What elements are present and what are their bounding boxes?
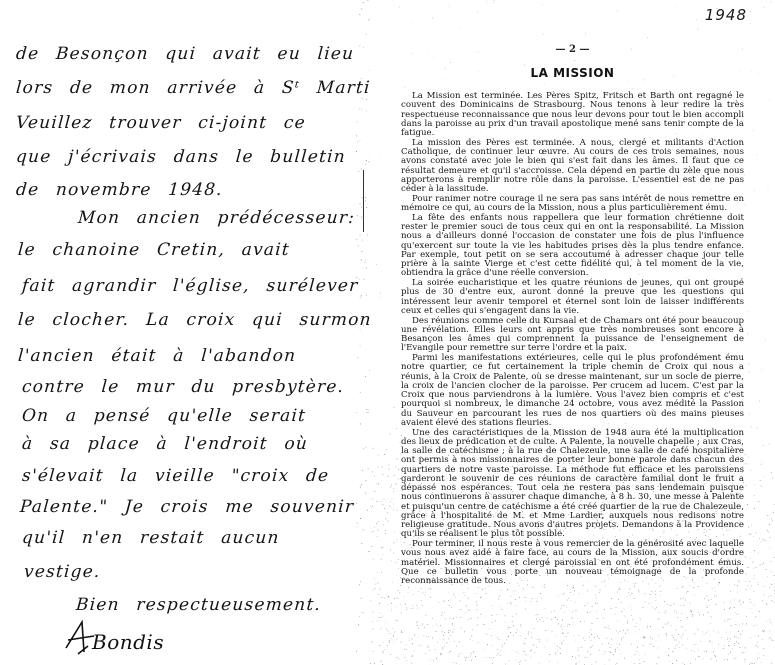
letter-line: qu'il n'en restait aucun xyxy=(21,528,280,548)
letter-line: fait agrandir l'église, surélever xyxy=(21,276,359,296)
letter-line: On a pensé qu'elle serait xyxy=(21,406,307,426)
handwritten-year-note: 1948 xyxy=(705,6,747,24)
paragraph: Pour terminer, il nous reste à vous reme… xyxy=(401,540,744,586)
paragraph: La Mission est terminée. Les Pères Spitz… xyxy=(401,92,744,138)
letter-line: à sa place à l'endroit où xyxy=(21,434,308,454)
bulletin-page: 1948 — 2 — LA MISSION La Mission est ter… xyxy=(370,0,775,665)
paragraph: La soirée eucharistique et les quatre ré… xyxy=(401,279,744,316)
letter-line: contre le mur du presbytère. xyxy=(21,377,345,397)
letter-line: vestige. xyxy=(23,562,101,582)
paragraph: La mission des Pères est terminée. A nou… xyxy=(401,139,744,195)
paragraph: Parmi les manifestations extérieures, ce… xyxy=(401,354,744,428)
letter-line: lors de mon arrivée à Sᵗ Martin. xyxy=(15,78,390,98)
letter-line: Palente." Je crois me souvenir xyxy=(19,497,355,517)
letter-line: s'élevait la vieille "croix de xyxy=(21,466,330,486)
letter-line: Bien respectueusement. xyxy=(75,595,321,615)
letter-line: l'ancien était à l'abandon xyxy=(17,346,297,366)
letter-line: de Besonçon qui avait eu lieu xyxy=(15,44,355,64)
letter-line: le chanoine Cretin, avait xyxy=(17,240,290,260)
scan-edge-line xyxy=(363,170,364,232)
letter-line: le clocher. La croix qui surmontait xyxy=(17,310,406,330)
signature: Bondis xyxy=(92,630,164,654)
letter-line: de novembre 1948. xyxy=(15,180,223,200)
letter-line: Veuillez trouver ci-joint ce xyxy=(15,113,306,133)
page-number: — 2 — xyxy=(370,44,775,55)
bulletin-body: La Mission est terminée. Les Pères Spitz… xyxy=(401,92,744,587)
handwritten-letter: de Besonçon qui avait eu lieu lors de mo… xyxy=(0,0,368,665)
bulletin-title: LA MISSION xyxy=(370,66,775,80)
paragraph: Une des caractéristiques de la Mission d… xyxy=(401,429,744,540)
paragraph: La fête des enfants nous rappellera que … xyxy=(401,214,744,279)
letter-line: que j'écrivais dans le bulletin xyxy=(15,147,346,167)
letter-line: Mon ancien prédécesseur: xyxy=(77,208,356,228)
paragraph: Pour ranimer notre courage il ne sera pa… xyxy=(401,195,744,214)
paragraph: Des réunions comme celle du Kursaal et d… xyxy=(401,317,744,354)
